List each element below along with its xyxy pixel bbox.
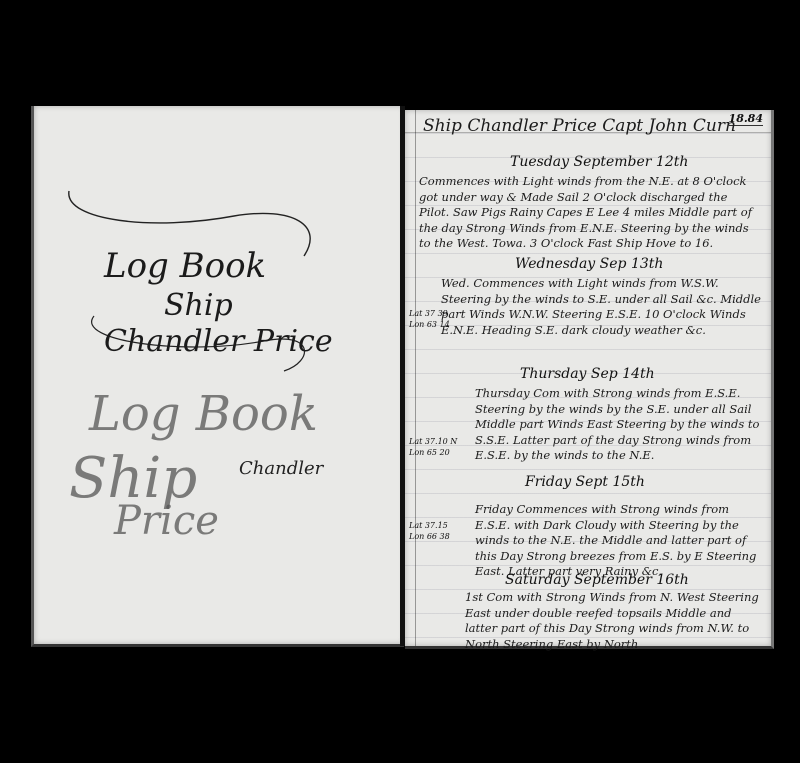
entry-thursday: Thursday Com with Strong winds from E.S.… bbox=[475, 386, 761, 464]
margin-position-thursday: Lat 37.10 N Lon 65 20 bbox=[409, 436, 457, 458]
day-heading-saturday: Saturday September 16th bbox=[505, 572, 689, 588]
entry-friday: Friday Commences with Strong winds from … bbox=[475, 502, 761, 580]
margin-rule bbox=[415, 110, 416, 646]
latitude: Lat 37.15 bbox=[409, 520, 450, 531]
longitude: Lon 63 14 bbox=[409, 319, 450, 330]
right-page-log-entries: 18.84 Ship Chandler Price Capt John Curn… bbox=[405, 110, 774, 649]
day-heading-tuesday: Tuesday September 12th bbox=[510, 154, 688, 170]
log-header: Ship Chandler Price Capt John Curn bbox=[423, 116, 736, 136]
entry-wednesday: Wed. Commences with Light winds from W.S… bbox=[441, 276, 761, 338]
longitude: Lon 65 20 bbox=[409, 447, 457, 458]
title-chandler-price: Chandler Price bbox=[104, 324, 333, 359]
day-heading-thursday: Thursday Sep 14th bbox=[520, 366, 655, 382]
margin-position-friday: Lat 37.15 Lon 66 38 bbox=[409, 520, 450, 542]
title-log-book: Log Book bbox=[104, 246, 266, 286]
day-heading-wednesday: Wednesday Sep 13th bbox=[515, 256, 663, 272]
title-ship: Ship bbox=[164, 288, 233, 323]
longitude: Lon 66 38 bbox=[409, 531, 450, 542]
day-heading-friday: Friday Sept 15th bbox=[525, 474, 645, 490]
latitude: Lat 37.10 N bbox=[409, 436, 457, 447]
practice-chandler: Chandler bbox=[239, 458, 323, 479]
margin-position-wednesday: Lat 37 39 Lon 63 14 bbox=[409, 308, 450, 330]
entry-tuesday: Commences with Light winds from the N.E.… bbox=[419, 174, 761, 252]
calligraphic-flourish-icon bbox=[34, 106, 404, 644]
entry-saturday: 1st Com with Strong Winds from N. West S… bbox=[465, 590, 761, 652]
practice-price: Price bbox=[114, 498, 219, 544]
latitude: Lat 37 39 bbox=[409, 308, 450, 319]
practice-log-book: Log Book bbox=[89, 386, 318, 442]
left-page-title-leaf: Log Book Ship Chandler Price Log Book Sh… bbox=[31, 106, 404, 647]
